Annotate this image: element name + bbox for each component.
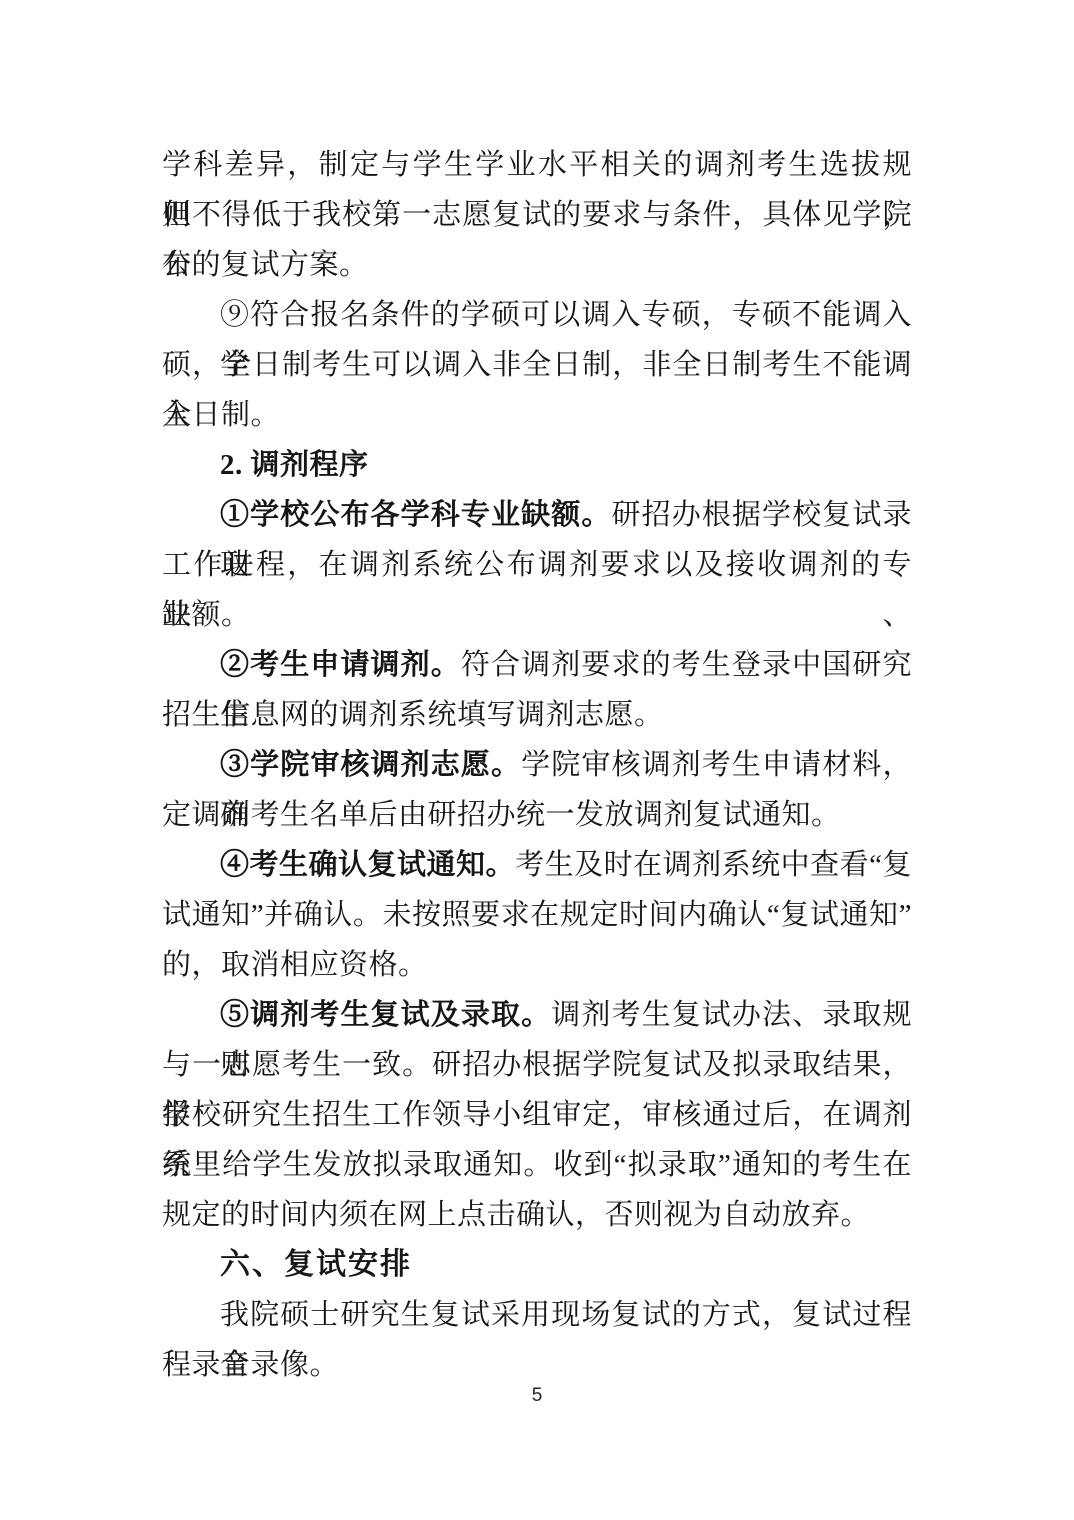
text-line: 六、复试安排 [162, 1240, 912, 1290]
text-line: 的，取消相应资格。 [162, 940, 912, 990]
text-segment: 全日制。 [162, 399, 280, 431]
text-line: ⑨符合报名条件的学硕可以调入专硕，专硕不能调入学 [162, 290, 912, 340]
text-line: 全日制。 [162, 390, 912, 440]
text-segment: 工作进程，在调剂系统公布调剂要求以及接收调剂的专业、 [162, 549, 912, 631]
text-segment: 招生信息网的调剂系统填写调剂志愿。 [162, 699, 664, 731]
text-segment: 的，取消相应资格。 [162, 949, 428, 981]
document-body: 学科差异，制定与学生学业水平相关的调剂考生选拔规则，但不得低于我校第一志愿复试的… [162, 140, 912, 1390]
text-line: ⑤调剂考生复试及录取。调剂考生复试办法、录取规则 [162, 990, 912, 1040]
text-segment: ②考生申请调剂。 [220, 649, 461, 681]
text-line: 工作进程，在调剂系统公布调剂要求以及接收调剂的专业、 [162, 540, 912, 590]
text-line: 2. 调剂程序 [162, 440, 912, 490]
text-segment: ⑤调剂考生复试及录取。 [220, 999, 551, 1031]
text-line: 与一志愿考生一致。研招办根据学院复试及拟录取结果，报 [162, 1040, 912, 1090]
text-line: ④考生确认复试通知。考生及时在调剂系统中查看“复 [162, 840, 912, 890]
text-line: 硕，全日制考生可以调入非全日制，非全日制考生不能调入 [162, 340, 912, 390]
text-line: 学校研究生招生工作领导小组审定，审核通过后，在调剂系 [162, 1090, 912, 1140]
text-segment: 2. 调剂程序 [220, 449, 369, 481]
text-line: 招生信息网的调剂系统填写调剂志愿。 [162, 690, 912, 740]
text-segment: ①学校公布各学科专业缺额。 [220, 499, 611, 531]
text-line: ③学院审核调剂志愿。学院审核调剂考生申请材料，确 [162, 740, 912, 790]
text-segment: 试通知”并确认。未按照要求在规定时间内确认“复试通知” [162, 899, 912, 931]
text-line: 我院硕士研究生复试采用现场复试的方式，复试过程全 [162, 1290, 912, 1340]
page-footer: 5 [0, 1385, 1074, 1407]
text-line: 布的复试方案。 [162, 240, 912, 290]
text-segment: 考生及时在调剂系统中查看“复 [515, 849, 912, 881]
text-segment: 程录音录像。 [162, 1349, 339, 1381]
text-line: 但不得低于我校第一志愿复试的要求与条件，具体见学院公 [162, 190, 912, 240]
text-segment: ③学院审核调剂志愿。 [220, 749, 521, 781]
text-line: ②考生申请调剂。符合调剂要求的考生登录中国研究生 [162, 640, 912, 690]
text-line: 统里给学生发放拟录取通知。收到“拟录取”通知的考生在 [162, 1140, 912, 1190]
text-segment: ④考生确认复试通知。 [220, 849, 515, 881]
text-segment: 统里给学生发放拟录取通知。收到“拟录取”通知的考生在 [162, 1149, 912, 1181]
text-segment: 缺额。 [162, 599, 251, 631]
document-page: 学科差异，制定与学生学业水平相关的调剂考生选拔规则，但不得低于我校第一志愿复试的… [0, 0, 1074, 1520]
text-segment: 规定的时间内须在网上点击确认，否则视为自动放弃。 [162, 1199, 870, 1231]
text-segment: 六、复试安排 [220, 1248, 412, 1281]
page-number: 5 [532, 1385, 543, 1406]
text-segment: 布的复试方案。 [162, 249, 369, 281]
text-line: ①学校公布各学科专业缺额。研招办根据学校复试录取 [162, 490, 912, 540]
text-line: 定调剂考生名单后由研招办统一发放调剂复试通知。 [162, 790, 912, 840]
text-line: 试通知”并确认。未按照要求在规定时间内确认“复试通知” [162, 890, 912, 940]
text-segment: 定调剂考生名单后由研招办统一发放调剂复试通知。 [162, 799, 841, 831]
text-line: 程录音录像。 [162, 1340, 912, 1390]
text-line: 规定的时间内须在网上点击确认，否则视为自动放弃。 [162, 1190, 912, 1240]
text-line: 学科差异，制定与学生学业水平相关的调剂考生选拔规则， [162, 140, 912, 190]
